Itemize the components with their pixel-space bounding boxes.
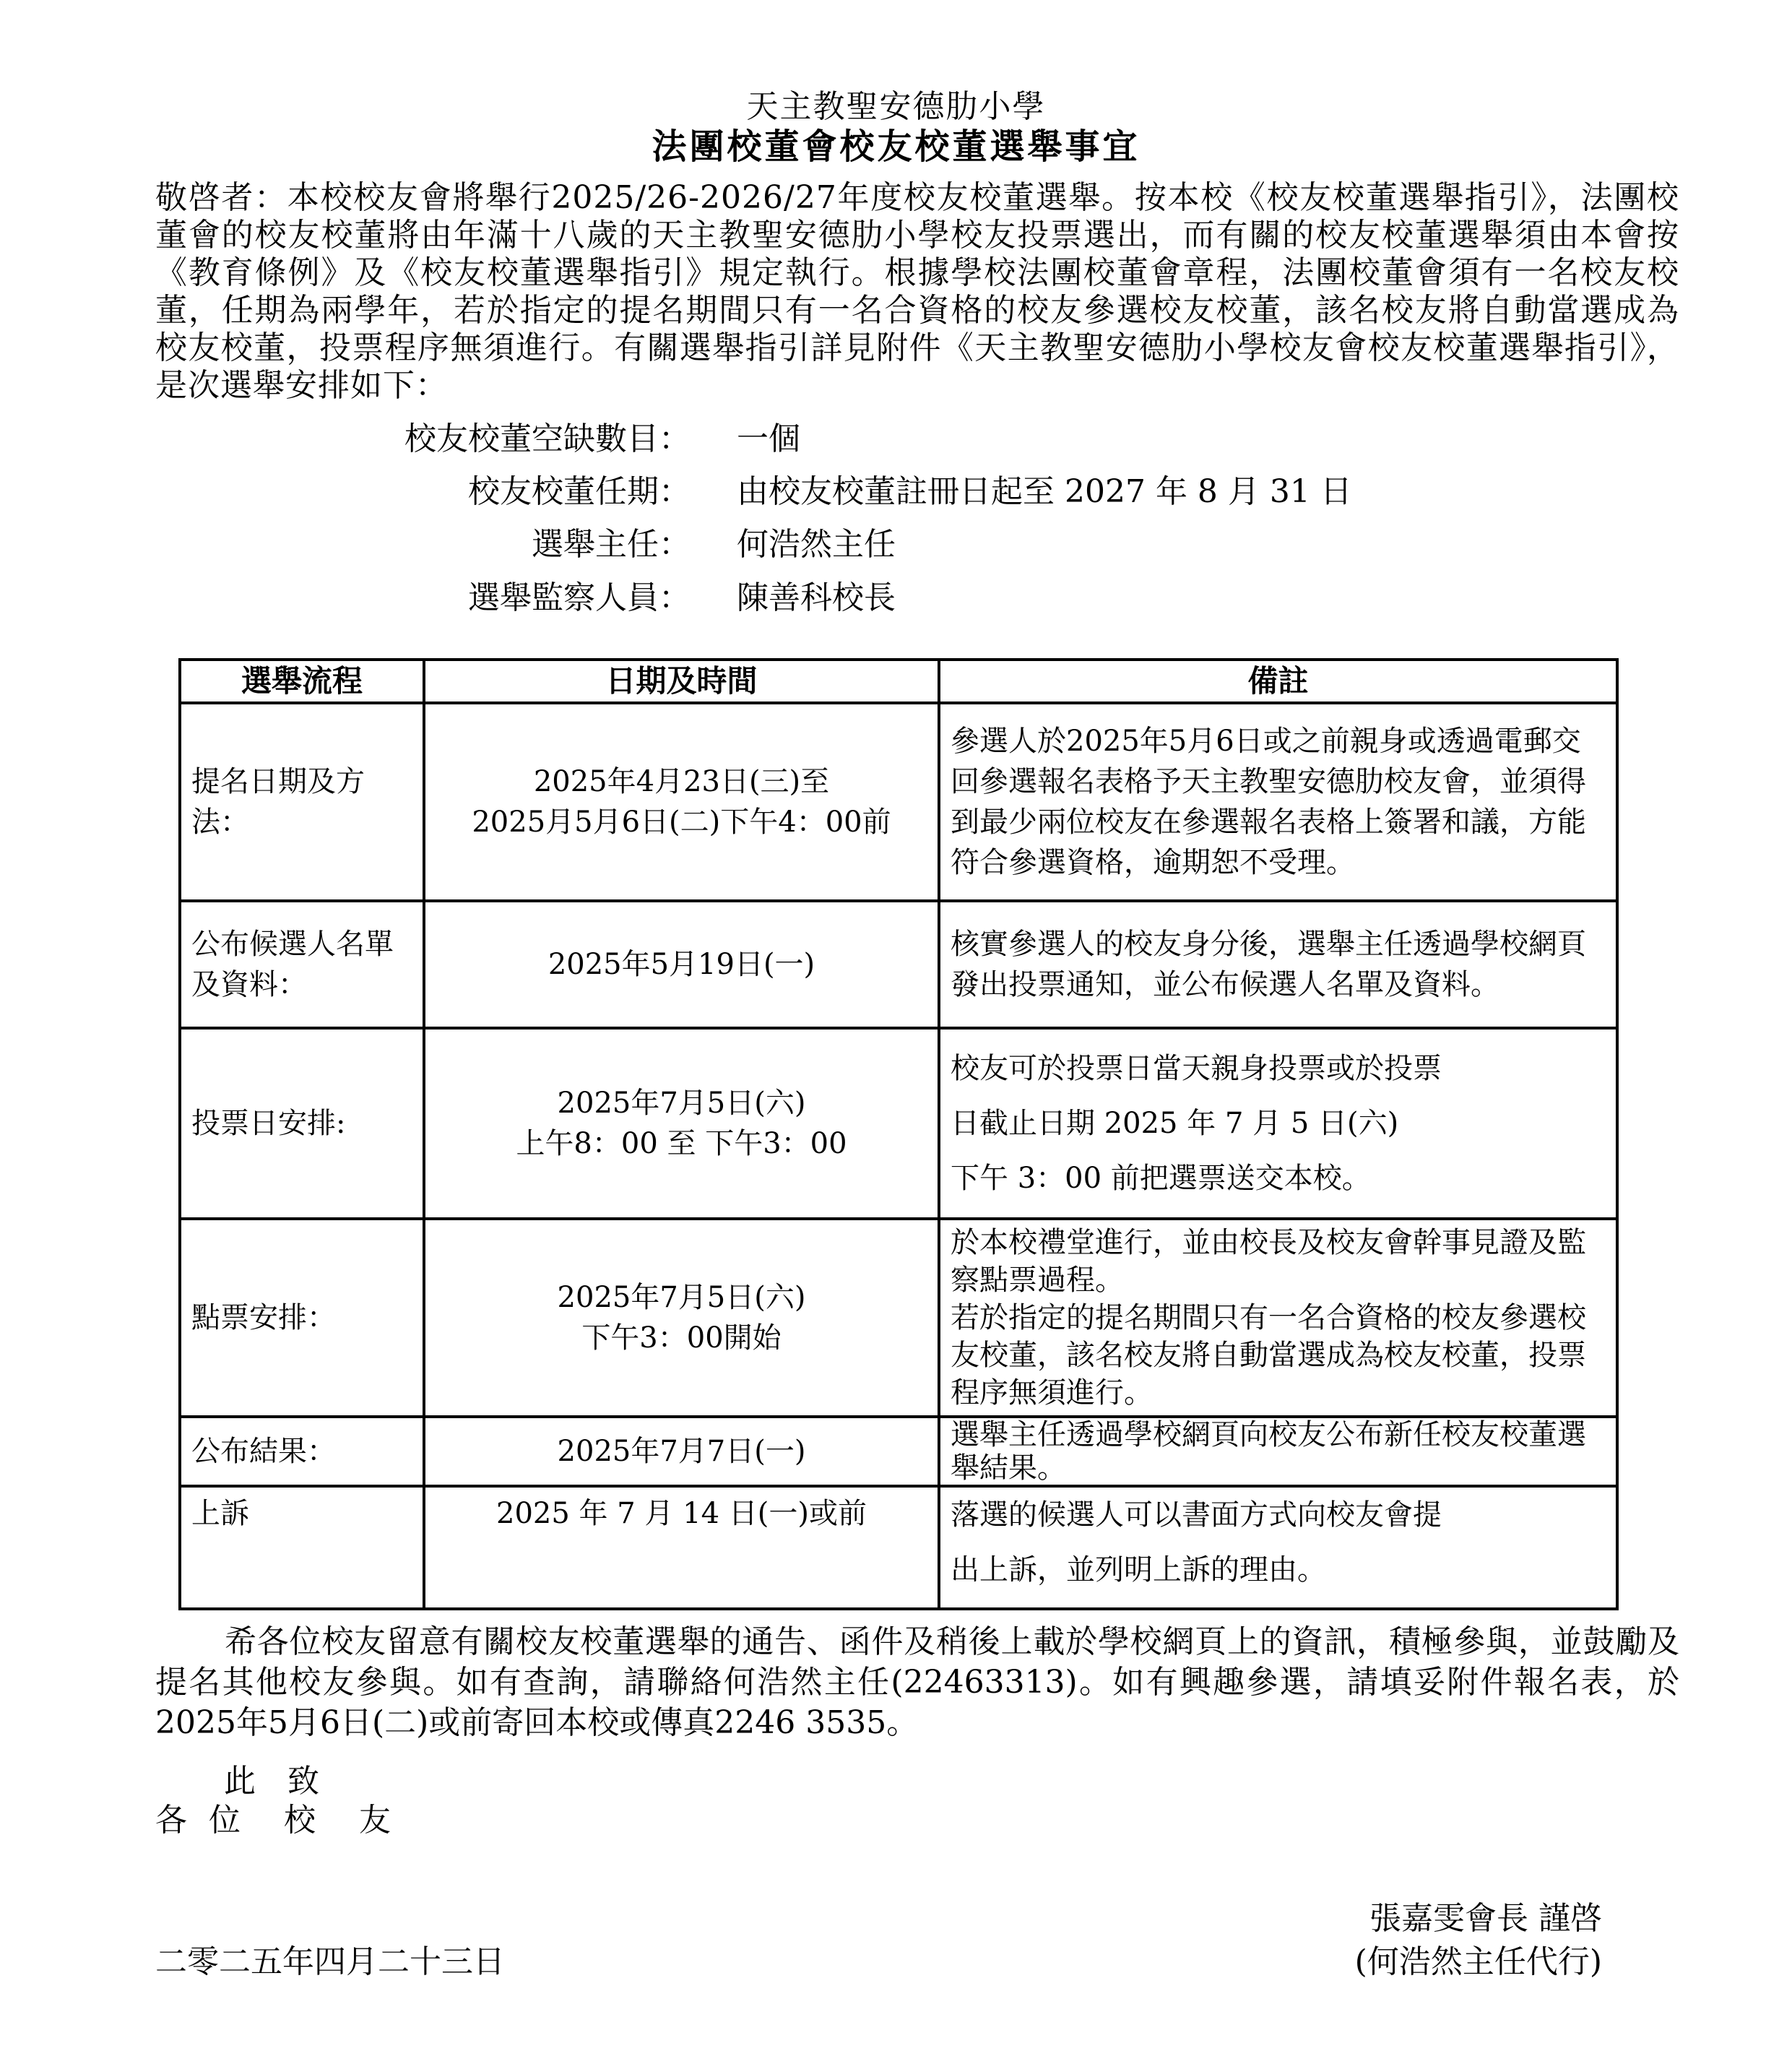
remarks-cell: 於本校禮堂進行，並由校長及校友會幹事見證及監察點票過程。 若於指定的提名期間只有…	[939, 1219, 1617, 1417]
datetime-cell: 2025年5月19日(一)	[424, 901, 939, 1028]
table-row: 公布結果： 2025年7月7日(一) 選舉主任透過學校網頁向校友公布新任校友校董…	[180, 1417, 1617, 1486]
header-datetime: 日期及時間	[424, 660, 939, 703]
info-label-returning-officer: 選舉主任：	[185, 526, 691, 564]
school-name: 天主教聖安德肋小學	[0, 85, 1792, 129]
datetime-cell: 2025年7月7日(一)	[424, 1417, 939, 1486]
remarks-cell: 選舉主任透過學校網頁向校友公布新任校友校董選舉結果。	[939, 1417, 1617, 1486]
salutation-line1: 此 致	[224, 1761, 319, 1802]
election-schedule-table: 選舉流程 日期及時間 備註 提名日期及方法： 2025年4月23日(三)至 20…	[178, 658, 1619, 1610]
datetime-cell: 2025年7月5日(六) 上午8：00 至 下午3：00	[424, 1028, 939, 1219]
info-label-vacancies: 校友校董空缺數目：	[185, 420, 691, 458]
info-label-supervisor: 選舉監察人員：	[185, 579, 691, 617]
table-row: 投票日安排: 2025年7月5日(六) 上午8：00 至 下午3：00 校友可於…	[180, 1028, 1617, 1219]
letter-date: 二零二五年四月二十三日	[155, 1942, 505, 1982]
header-stage: 選舉流程	[180, 660, 424, 703]
stage-cell: 點票安排：	[180, 1219, 424, 1417]
remarks-cell: 校友可於投票日當天親身投票或於投票 日截止日期 2025 年 7 月 5 日(六…	[939, 1028, 1617, 1219]
table-row: 提名日期及方法： 2025年4月23日(三)至 2025月5月6日(二)下午4：…	[180, 703, 1617, 901]
intro-paragraph: 敬啓者：本校校友會將舉行2025/26-2026/27年度校友校董選舉。按本校《…	[155, 179, 1679, 405]
stage-cell: 提名日期及方法：	[180, 703, 424, 901]
datetime-cell: 2025 年 7 月 14 日(一)或前	[424, 1486, 939, 1609]
info-value-vacancies: 一個	[737, 420, 800, 458]
salutation-line2: 各 位 校 友	[155, 1800, 397, 1841]
datetime-cell: 2025年7月5日(六) 下午3：00開始	[424, 1219, 939, 1417]
remarks-cell: 參選人於2025年5月6日或之前親身或透過電郵交回參選報名表格予天主教聖安德肋校…	[939, 703, 1617, 901]
remarks-cell: 落選的候選人可以書面方式向校友會提 出上訴，並列明上訴的理由。	[939, 1486, 1617, 1609]
stage-cell: 公布結果：	[180, 1417, 424, 1486]
closing-paragraph: 希各位校友留意有關校友校董選舉的通告、函件及稍後上載於學校網頁上的資訊，積極參與…	[155, 1622, 1679, 1743]
signature-signer: 張嘉雯會長 謹啓	[1369, 1899, 1602, 1939]
stage-cell: 投票日安排:	[180, 1028, 424, 1219]
stage-cell: 上訴	[180, 1486, 424, 1609]
info-value-returning-officer: 何浩然主任	[737, 526, 896, 564]
notice-title: 法團校董會校友校董選舉事宜	[0, 124, 1792, 169]
info-value-term: 由校友校董註冊日起至 2027 年 8 月 31 日	[737, 473, 1352, 511]
signature-on-behalf: (何浩然主任代行)	[1355, 1942, 1602, 1982]
table-row: 公布候選人名單及資料： 2025年5月19日(一) 核實參選人的校友身分後，選舉…	[180, 901, 1617, 1028]
remarks-cell: 核實參選人的校友身分後，選舉主任透過學校網頁發出投票通知，並公布候選人名單及資料…	[939, 901, 1617, 1028]
header-remarks: 備註	[939, 660, 1617, 703]
table-header-row: 選舉流程 日期及時間 備註	[180, 660, 1617, 703]
datetime-cell: 2025年4月23日(三)至 2025月5月6日(二)下午4：00前	[424, 703, 939, 901]
info-value-supervisor: 陳善科校長	[737, 579, 896, 617]
stage-cell: 公布候選人名單及資料：	[180, 901, 424, 1028]
table-row: 上訴 2025 年 7 月 14 日(一)或前 落選的候選人可以書面方式向校友會…	[180, 1486, 1617, 1609]
table-row: 點票安排： 2025年7月5日(六) 下午3：00開始 於本校禮堂進行，並由校長…	[180, 1219, 1617, 1417]
info-label-term: 校友校董任期：	[185, 473, 691, 511]
